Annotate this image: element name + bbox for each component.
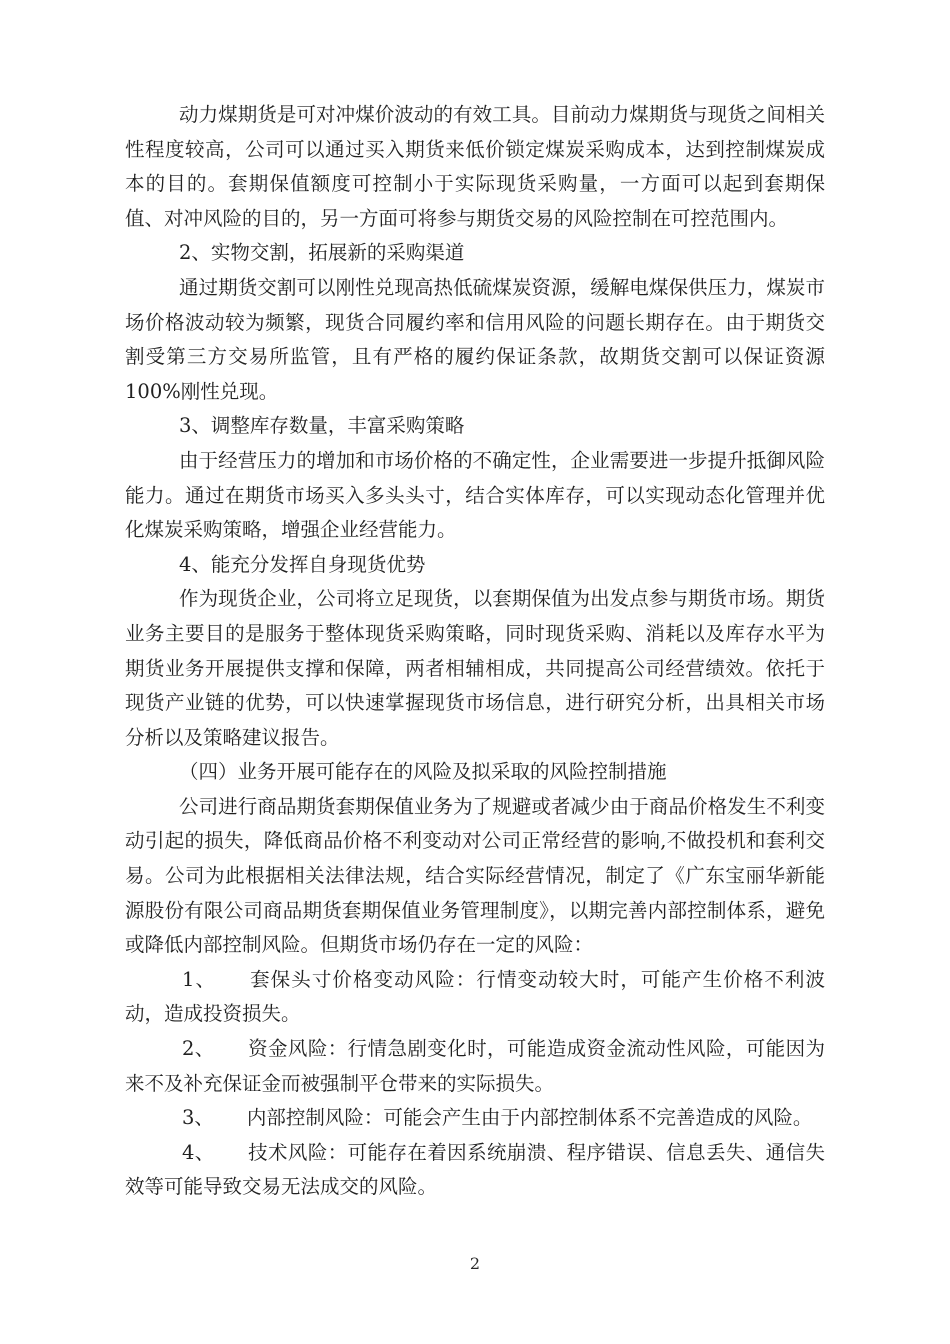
list-text: 套保头寸价格变动风险：行情变动较大时，可能产生价格不利波动，造成投资损失。 <box>125 968 825 1026</box>
paragraph: 由于经营压力的增加和市场价格的不确定性，企业需要进一步提升抵御风险能力。通过在期… <box>125 444 825 548</box>
document-body: 动力煤期货是可对冲煤价波动的有效工具。目前动力煤期货与现货之间相关性程度较高，公… <box>125 98 825 1205</box>
page-number: 2 <box>0 1254 950 1273</box>
section-heading: （四）业务开展可能存在的风险及拟采取的风险控制措施 <box>125 755 825 790</box>
list-number: 4、 <box>182 1141 215 1164</box>
paragraph: 通过期货交割可以刚性兑现高热低硫煤炭资源，缓解电煤保供压力，煤炭市场价格波动较为… <box>125 271 825 409</box>
paragraph: 公司进行商品期货套期保值业务为了规避或者减少由于商品价格发生不利变动引起的损失，… <box>125 790 825 963</box>
list-text: 内部控制风险：可能会产生由于内部控制体系不完善造成的风险。 <box>247 1106 813 1129</box>
list-item: 1、套保头寸价格变动风险：行情变动较大时，可能产生价格不利波动，造成投资损失。 <box>125 963 825 1032</box>
list-item: 3、内部控制风险：可能会产生由于内部控制体系不完善造成的风险。 <box>125 1101 825 1136</box>
section-heading: 2、实物交割，拓展新的采购渠道 <box>125 236 825 271</box>
paragraph: 作为现货企业，公司将立足现货，以套期保值为出发点参与期货市场。期货业务主要目的是… <box>125 582 825 755</box>
list-number: 1、 <box>182 968 216 991</box>
list-text: 资金风险：行情急剧变化时，可能造成资金流动性风险，可能因为来不及补充保证金而被强… <box>125 1037 825 1095</box>
section-heading: 3、调整库存数量，丰富采购策略 <box>125 409 825 444</box>
section-heading: 4、能充分发挥自身现货优势 <box>125 548 825 583</box>
list-number: 2、 <box>182 1037 215 1060</box>
list-text: 技术风险：可能存在着因系统崩溃、程序错误、信息丢失、通信失效等可能导致交易无法成… <box>125 1141 825 1199</box>
document-page: 动力煤期货是可对冲煤价波动的有效工具。目前动力煤期货与现货之间相关性程度较高，公… <box>0 0 950 1344</box>
list-number: 3、 <box>182 1106 214 1129</box>
list-item: 4、技术风险：可能存在着因系统崩溃、程序错误、信息丢失、通信失效等可能导致交易无… <box>125 1136 825 1205</box>
paragraph: 动力煤期货是可对冲煤价波动的有效工具。目前动力煤期货与现货之间相关性程度较高，公… <box>125 98 825 236</box>
list-item: 2、资金风险：行情急剧变化时，可能造成资金流动性风险，可能因为来不及补充保证金而… <box>125 1032 825 1101</box>
